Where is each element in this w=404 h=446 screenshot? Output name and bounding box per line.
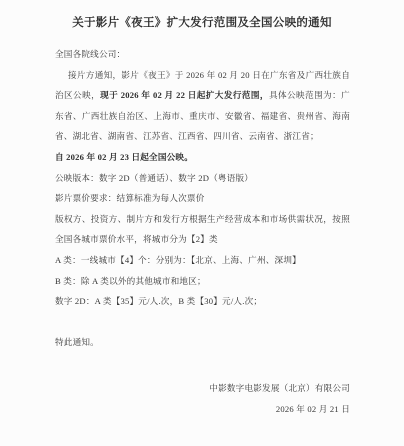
paragraph-versions: 公映版本：数字 2D（普通话）、数字 2D（粤语版） — [55, 168, 350, 189]
release-scope-expansion-date-bold: 现于 2026 年 02 月 22 日起扩大发行范围， — [100, 90, 269, 100]
salutation: 全国各院线公司： — [55, 44, 350, 65]
signature-block: 中影数字电影发展（北京）有限公司 2026 年 02 月 21 日 — [55, 378, 350, 419]
notice-document-page: 关于影片《夜王》扩大发行范围及全国公映的通知 全国各院线公司： 接片方通知，影片… — [0, 0, 404, 446]
closing-statement: 特此通知。 — [55, 332, 350, 353]
paragraph-nationwide-release: 自 2026 年 02 月 23 日起全国公映。 — [55, 147, 350, 168]
paragraph-ticket-prices: 数字 2D：A 类【35】元/人.次，B 类【30】元/人.次； — [55, 291, 350, 312]
paragraph-city-classification: 版权方、投资方、制片方和发行方根据生产经营成本和市场供需状况，按照全国各城市票价… — [55, 209, 350, 250]
company-signature: 中影数字电影发展（北京）有限公司 — [55, 378, 350, 399]
document-title: 关于影片《夜王》扩大发行范围及全国公映的通知 — [0, 0, 404, 30]
paragraph-price-requirement: 影片票价要求：结算标准为每人次票价 — [55, 188, 350, 209]
paragraph-class-b-cities: B 类：除 A 类以外的其他城市和地区； — [55, 271, 350, 292]
paragraph-release-scope: 接片方通知，影片《夜王》于 2026 年 02 月 20 日在广东省及广西壮族自… — [55, 65, 350, 147]
paragraph-class-a-cities: A 类：一线城市【4】个：分别为：【北京、上海、广州、深圳】 — [55, 250, 350, 271]
document-date: 2026 年 02 月 21 日 — [55, 399, 350, 420]
document-body: 全国各院线公司： 接片方通知，影片《夜王》于 2026 年 02 月 20 日在… — [55, 44, 350, 420]
